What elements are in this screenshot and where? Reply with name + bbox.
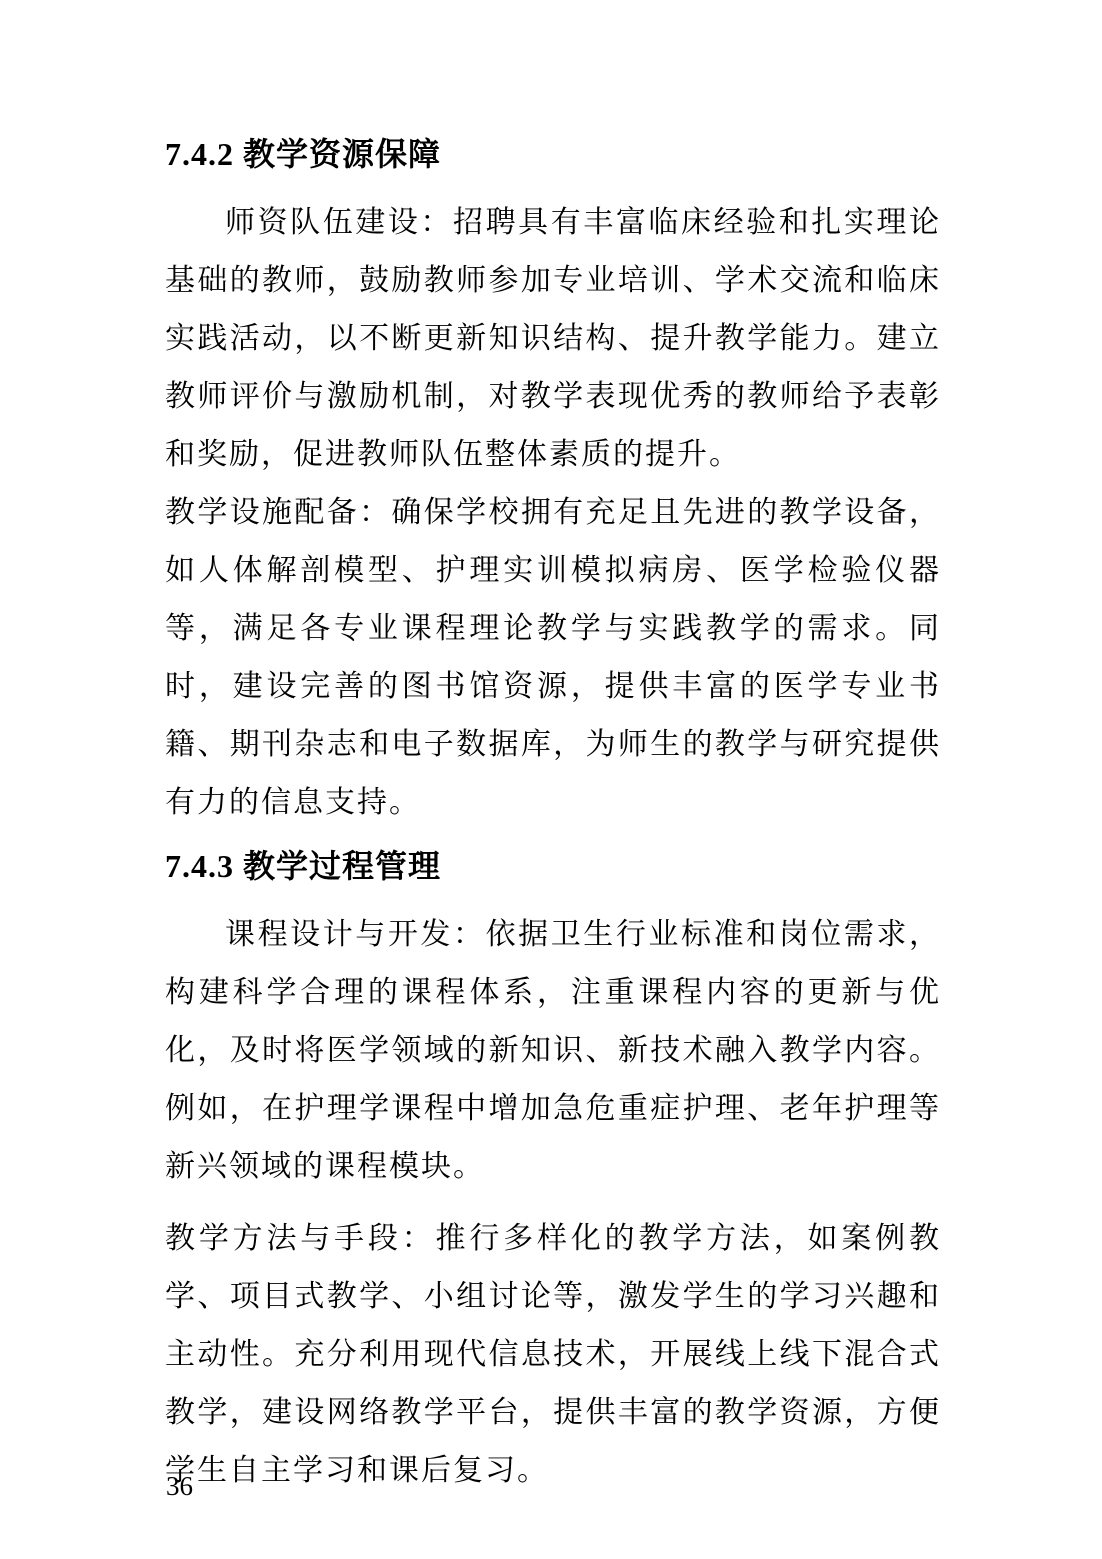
paragraph-curriculum-design: 课程设计与开发：依据卫生行业标准和岗位需求，构建科学合理的课程体系，注重课程内容…: [165, 906, 941, 1196]
paragraph-teaching-methods: 教学方法与手段：推行多样化的教学方法，如案例教学、项目式教学、小组讨论等，激发学…: [165, 1210, 941, 1500]
paragraph-teaching-facilities: 教学设施配备：确保学校拥有充足且先进的教学设备，如人体解剖模型、护理实训模拟病房…: [165, 484, 941, 832]
page-number: 36: [166, 1468, 193, 1504]
document-page: 7.4.2 教学资源保障 师资队伍建设：招聘具有丰富临床经验和扎实理论基础的教师…: [0, 0, 1102, 1559]
document-body: 7.4.2 教学资源保障 师资队伍建设：招聘具有丰富临床经验和扎实理论基础的教师…: [165, 130, 941, 1500]
paragraph-teacher-team: 师资队伍建设：招聘具有丰富临床经验和扎实理论基础的教师，鼓励教师参加专业培训、学…: [165, 194, 941, 484]
section-heading-7-4-3: 7.4.3 教学过程管理: [165, 842, 941, 890]
section-heading-7-4-2: 7.4.2 教学资源保障: [165, 130, 941, 178]
